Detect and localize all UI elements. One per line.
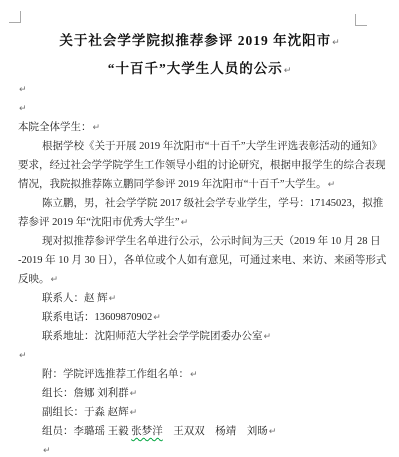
paragraph-mark-icon: ↵: [19, 351, 27, 361]
paragraph-mark-icon: ↵: [153, 313, 161, 323]
paragraph-mark-icon: ↵: [328, 180, 336, 190]
document-line: 联系电话：13609870902↵: [18, 308, 388, 327]
line-text: 本院全体学生：: [18, 122, 92, 133]
document-line: 组长：詹娜 刘利群↵: [18, 384, 388, 403]
line-text: 陈立鹏，男，社会学学院 2017 级社会学专业学生，学号：17145023，拟推: [42, 198, 383, 209]
line-text: 荐参评 2019 年“沈阳市优秀大学生”: [18, 217, 180, 228]
document-line: ↵: [18, 99, 388, 118]
paragraph-mark-icon: ↵: [190, 370, 198, 380]
spellcheck-flagged-text: 张梦洋: [131, 426, 163, 437]
document-line: 现对拟推荐参评学生名单进行公示，公示时间为三天（2019 年 10 月 28 日: [18, 232, 388, 251]
line-text: 现对拟推荐参评学生名单进行公示，公示时间为三天（2019 年 10 月 28 日: [42, 236, 381, 247]
line-text: 附：学院评选推荐工作组名单：: [42, 369, 189, 380]
document-line: -2019 年 10 月 30 日），各单位或个人如有意见，可通过来电、来访、来…: [18, 251, 388, 270]
text-boundary-corner-icon: [9, 11, 21, 23]
paragraph-mark-icon: ↵: [332, 38, 340, 48]
document-page: 关于社会学学院拟推荐参评 2019 年沈阳市↵“十百千”大学生人员的公示↵ ↵↵…: [0, 0, 399, 457]
paragraph-mark-icon: ↵: [269, 427, 277, 437]
paragraph-mark-icon: ↵: [19, 104, 27, 114]
document-line: 联系人：赵 辉↵: [18, 289, 388, 308]
line-text: 组员：李璐瑶 王毅: [42, 426, 131, 437]
title-line: 关于社会学学院拟推荐参评 2019 年沈阳市↵: [0, 28, 399, 56]
document-line: ↵: [18, 80, 388, 99]
title-text: 关于社会学学院拟推荐参评 2019 年沈阳市: [59, 33, 331, 48]
document-line: 情况，我院拟推荐陈立鹏同学参评 2019 年沈阳市“十百千”大学生。↵: [18, 175, 388, 194]
paragraph-mark-icon: ↵: [19, 85, 27, 95]
document-line: 根据学校《关于开展 2019 年沈阳市“十百千”大学生评选表彰活动的通知》: [18, 137, 388, 156]
document-line: 附：学院评选推荐工作组名单：↵: [18, 365, 388, 384]
line-text: 要求，经过社会学学院学生工作领导小组的讨论研究，根据申报学生的综合表现: [18, 160, 386, 171]
paragraph-mark-icon: ↵: [130, 389, 138, 399]
document-line: 要求，经过社会学学院学生工作领导小组的讨论研究，根据申报学生的综合表现: [18, 156, 388, 175]
paragraph-mark-icon: ↵: [93, 123, 101, 133]
document-line: ↵: [18, 346, 388, 365]
document-line: 荐参评 2019 年“沈阳市优秀大学生”↵: [18, 213, 388, 232]
paragraph-mark-icon: ↵: [181, 218, 189, 228]
line-text: 组长：詹娜 刘利群: [42, 388, 129, 399]
paragraph-mark-icon: ↵: [109, 294, 117, 304]
line-text: 联系地址：沈阳师范大学社会学学院团委办公室: [42, 331, 263, 342]
paragraph-mark-icon: ↵: [51, 275, 59, 285]
line-text: 情况，我院拟推荐陈立鹏同学参评 2019 年沈阳市“十百千”大学生。: [18, 179, 327, 190]
document-body: ↵↵本院全体学生：↵根据学校《关于开展 2019 年沈阳市“十百千”大学生评选表…: [18, 80, 388, 457]
paragraph-mark-icon: ↵: [130, 408, 138, 418]
line-text: 根据学校《关于开展 2019 年沈阳市“十百千”大学生评选表彰活动的通知》: [42, 141, 382, 152]
document-line: 陈立鹏，男，社会学学院 2017 级社会学专业学生，学号：17145023，拟推: [18, 194, 388, 213]
document-line: 组员：李璐瑶 王毅 张梦洋 王双双 杨靖 刘旸↵: [18, 422, 388, 441]
line-text: -2019 年 10 月 30 日），各单位或个人如有意见，可通过来电、来访、来…: [18, 255, 386, 266]
document-line: 联系地址：沈阳师范大学社会学学院团委办公室↵: [18, 327, 388, 346]
document-line: 本院全体学生：↵: [18, 118, 388, 137]
line-text: 联系电话：13609870902: [42, 312, 152, 323]
paragraph-mark-icon: ↵: [264, 332, 272, 342]
title-text: “十百千”大学生人员的公示: [108, 61, 283, 76]
document-line: 副组长：于淼 赵辉↵: [18, 403, 388, 422]
line-text: 王双双 杨靖 刘旸: [163, 426, 268, 437]
text-boundary-corner-icon: [355, 14, 367, 26]
line-text: 反映。: [18, 274, 50, 285]
paragraph-mark-icon: ↵: [284, 66, 292, 76]
document-line: ↵: [18, 441, 388, 457]
paragraph-mark-icon: ↵: [43, 446, 51, 456]
line-text: 联系人：赵 辉: [42, 293, 108, 304]
document-title: 关于社会学学院拟推荐参评 2019 年沈阳市↵“十百千”大学生人员的公示↵: [0, 28, 399, 84]
document-line: 反映。↵: [18, 270, 388, 289]
line-text: 副组长：于淼 赵辉: [42, 407, 129, 418]
